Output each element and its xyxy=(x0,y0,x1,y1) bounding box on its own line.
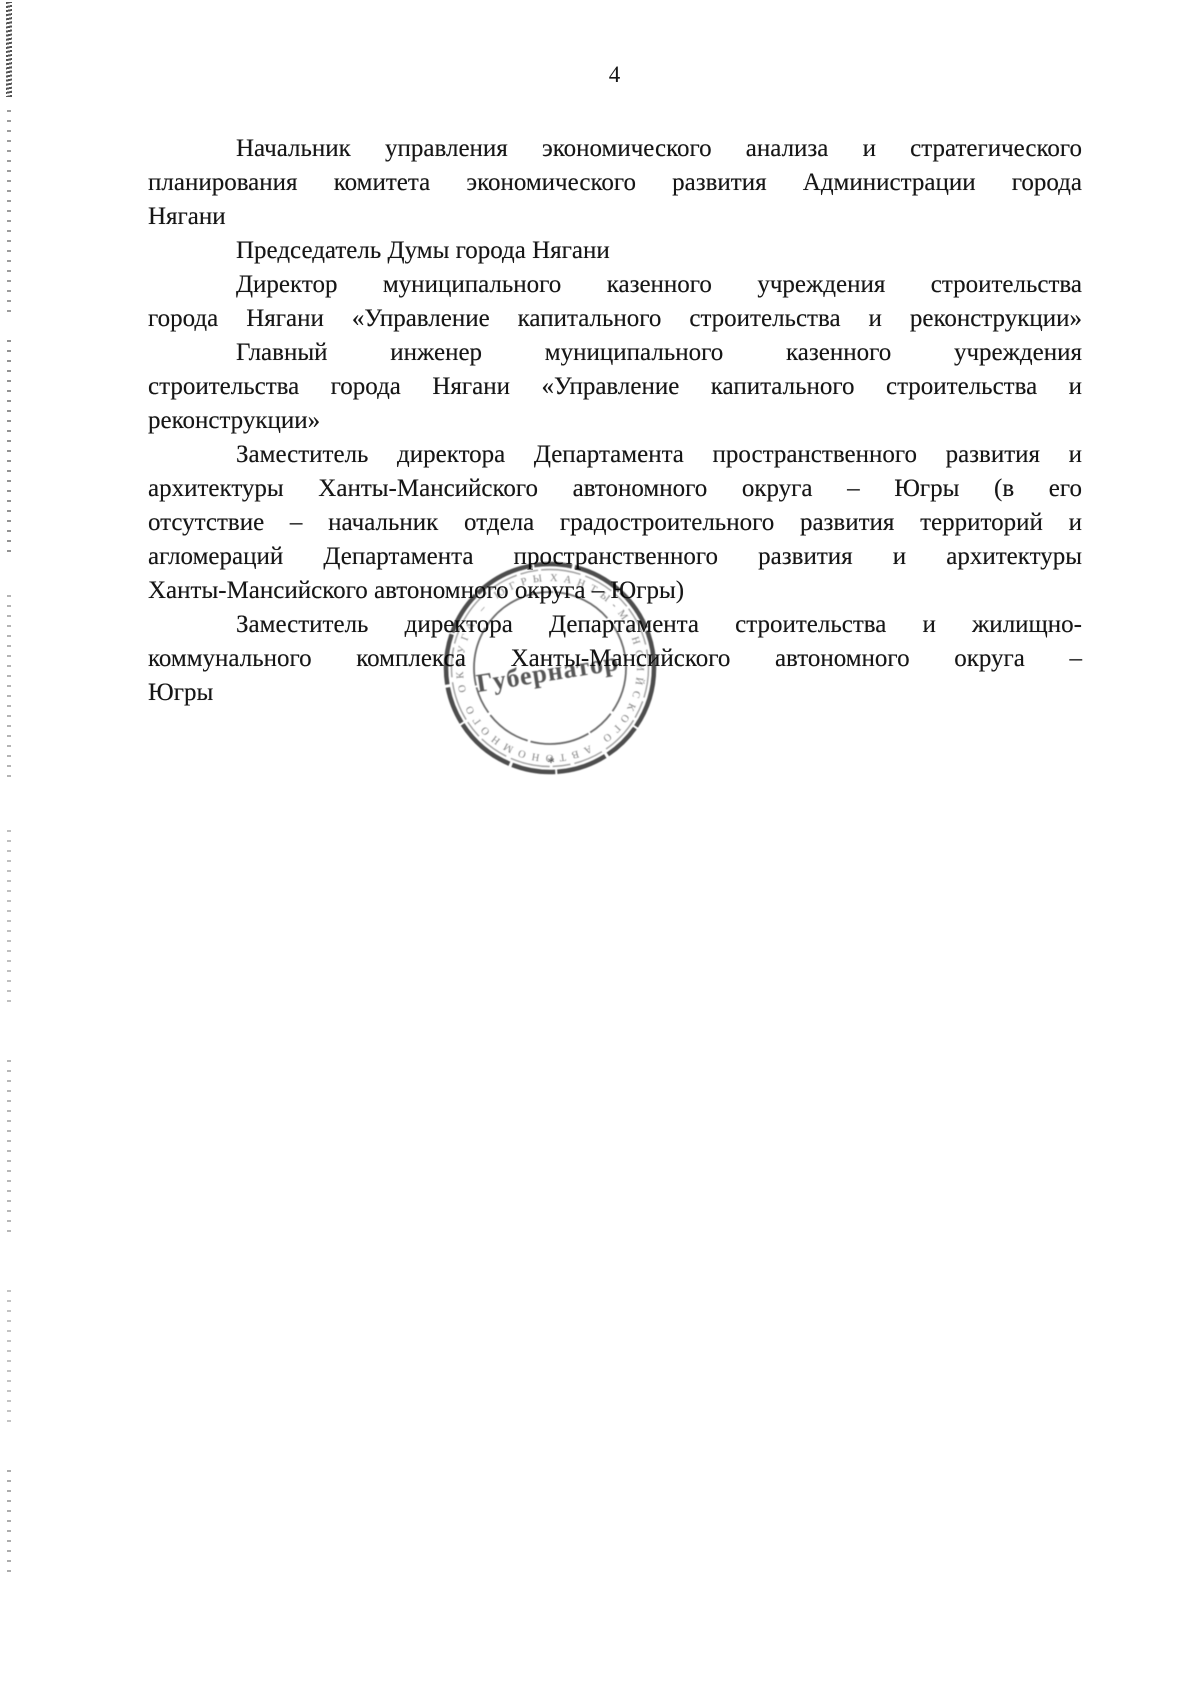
text-line: планирования комитета экономического раз… xyxy=(148,166,1082,200)
stamp-star: * xyxy=(547,755,555,771)
stamp-center-label: Губернатор xyxy=(474,647,621,698)
noise-mark xyxy=(7,830,11,1010)
text-line: архитектуры Ханты-Мансийского автономног… xyxy=(148,472,1082,506)
text-line: строительства города Нягани «Управление … xyxy=(148,370,1082,404)
noise-mark xyxy=(7,595,11,780)
text-line: Нягани xyxy=(148,200,1082,234)
noise-mark xyxy=(6,2,12,97)
text-line: Председатель Думы города Нягани xyxy=(148,234,1082,268)
noise-mark xyxy=(7,110,11,320)
text-line: Главный инженер муниципального казенного… xyxy=(148,336,1082,370)
noise-mark xyxy=(7,1060,11,1240)
text-line: Директор муниципального казенного учрежд… xyxy=(148,268,1082,302)
text-line: отсутствие – начальник отдела градострои… xyxy=(148,506,1082,540)
text-line: Начальник управления экономического анал… xyxy=(148,132,1082,166)
text-line: Заместитель директора Департамента прост… xyxy=(148,438,1082,472)
text-line: города Нягани «Управление капитального с… xyxy=(148,302,1082,336)
text-line: реконструкции» xyxy=(148,404,1082,438)
page-number: 4 xyxy=(148,58,1082,92)
noise-mark xyxy=(7,340,11,560)
noise-mark xyxy=(7,1470,11,1580)
governor-stamp: ХАНТЫ-МАНСИЙСКОГО АВТОНОМНОГО ОКРУГА – Ю… xyxy=(433,551,667,785)
noise-mark xyxy=(7,1290,11,1430)
document-page: 4 Начальник управления экономического ан… xyxy=(0,0,1200,1686)
